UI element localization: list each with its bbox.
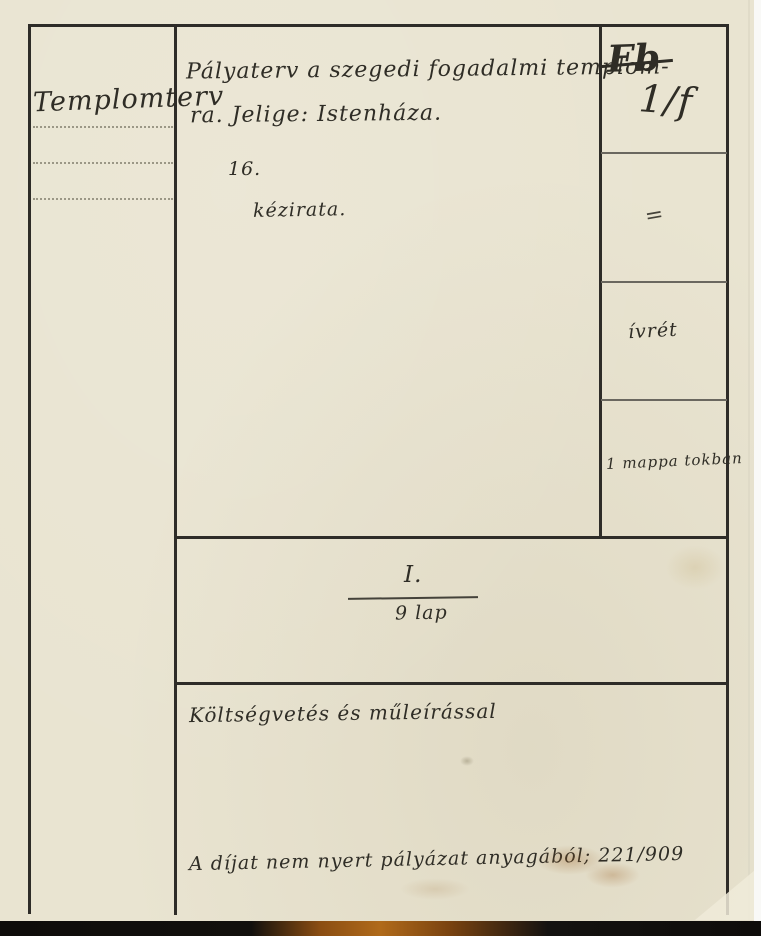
format-text: ívrét: [627, 319, 678, 344]
contents-note: Költségvetés és műleírással: [189, 699, 497, 727]
left-column-divider: [174, 24, 177, 915]
card-right-edge-crease: [748, 0, 750, 920]
main-entry-line-1: Pályaterv a szegedi fogadalmi templom-: [186, 54, 670, 84]
main-entry-line-4: kézirata.: [253, 198, 347, 222]
main-entry-line-3: 16.: [228, 158, 261, 180]
right-column-row-divider-3: [601, 399, 727, 401]
table-right-border: [726, 24, 729, 915]
table-top-border: [29, 24, 729, 27]
ruled-dotted-line-3: [33, 198, 173, 200]
extent-text: 1 mappa tokban: [606, 449, 743, 473]
table-left-border: [28, 24, 31, 914]
ruled-dotted-line-1: [33, 126, 173, 128]
lower-band-top-border: [175, 682, 729, 685]
scan-edge-white-strip: [754, 0, 761, 936]
ruled-dotted-line-2: [33, 162, 173, 164]
corner-fold: [695, 870, 755, 920]
provenance-note: A díjat nem nyert pályázat anyagából; 22…: [189, 843, 685, 875]
stain-faint-2: [665, 545, 725, 590]
right-column-row-divider-1: [601, 152, 727, 154]
volume-numerator: I.: [404, 562, 422, 588]
fraction-line: [348, 596, 478, 600]
shelfmark-struck-text: Fb: [606, 35, 662, 81]
scanned-card: Templomterv Pályaterv a szegedi fogadalm…: [0, 0, 761, 936]
ditto-mark: =: [643, 202, 666, 230]
right-column-row-divider-2: [601, 281, 727, 283]
shelfmark-text: 1/f: [638, 76, 695, 124]
stain-faint-3: [400, 878, 470, 900]
stain-faint-1: [460, 756, 474, 766]
scan-edge-bottom-strip: [0, 921, 761, 936]
middle-band-top-border: [175, 536, 729, 539]
main-entry-line-2: ra. Jelige: Istenháza.: [190, 101, 442, 129]
page-count: 9 lap: [395, 602, 448, 625]
